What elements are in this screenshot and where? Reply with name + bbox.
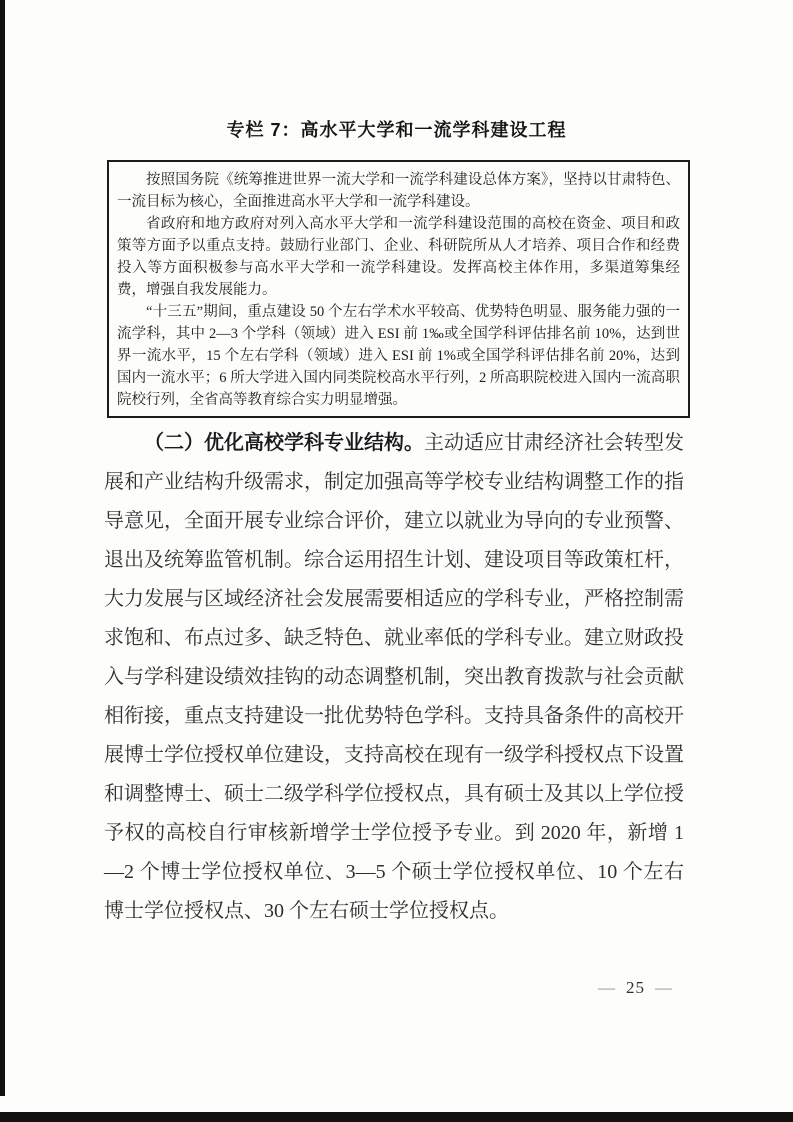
- scan-artifact-left-edge: [0, 0, 5, 1096]
- box-paragraph-2: 省政府和地方政府对列入高水平大学和一流学科建设范围的高校在资金、项目和政策等方面…: [117, 213, 680, 301]
- page-number-dash-left: —: [588, 978, 626, 997]
- page-number: —25—: [588, 978, 683, 998]
- paragraph-lead-heading: （二）优化高校学科专业结构。: [144, 432, 424, 454]
- highlight-box: 按照国务院《统筹推进世界一流大学和一流学科建设总体方案》，坚持以甘肃特色、一流目…: [107, 160, 690, 418]
- document-page: 专栏 7：高水平大学和一流学科建设工程 按照国务院《统筹推进世界一流大学和一流学…: [0, 0, 793, 1122]
- page-number-dash-right: —: [645, 978, 683, 997]
- page-number-value: 25: [626, 978, 645, 997]
- section-title: 专栏 7：高水平大学和一流学科建设工程: [0, 116, 793, 142]
- body-paragraph: （二）优化高校学科专业结构。主动适应甘肃经济社会转型发展和产业结构升级需求，制定…: [104, 424, 684, 931]
- paragraph-body-text: 主动适应甘肃经济社会转型发展和产业结构升级需求，制定加强高等学校专业结构调整工作…: [104, 432, 684, 922]
- box-paragraph-1: 按照国务院《统筹推进世界一流大学和一流学科建设总体方案》，坚持以甘肃特色、一流目…: [117, 169, 680, 213]
- scan-artifact-bottom-edge: [0, 1112, 793, 1122]
- box-paragraph-3: “十三五”期间，重点建设 50 个左右学术水平较高、优势特色明显、服务能力强的一…: [117, 301, 680, 411]
